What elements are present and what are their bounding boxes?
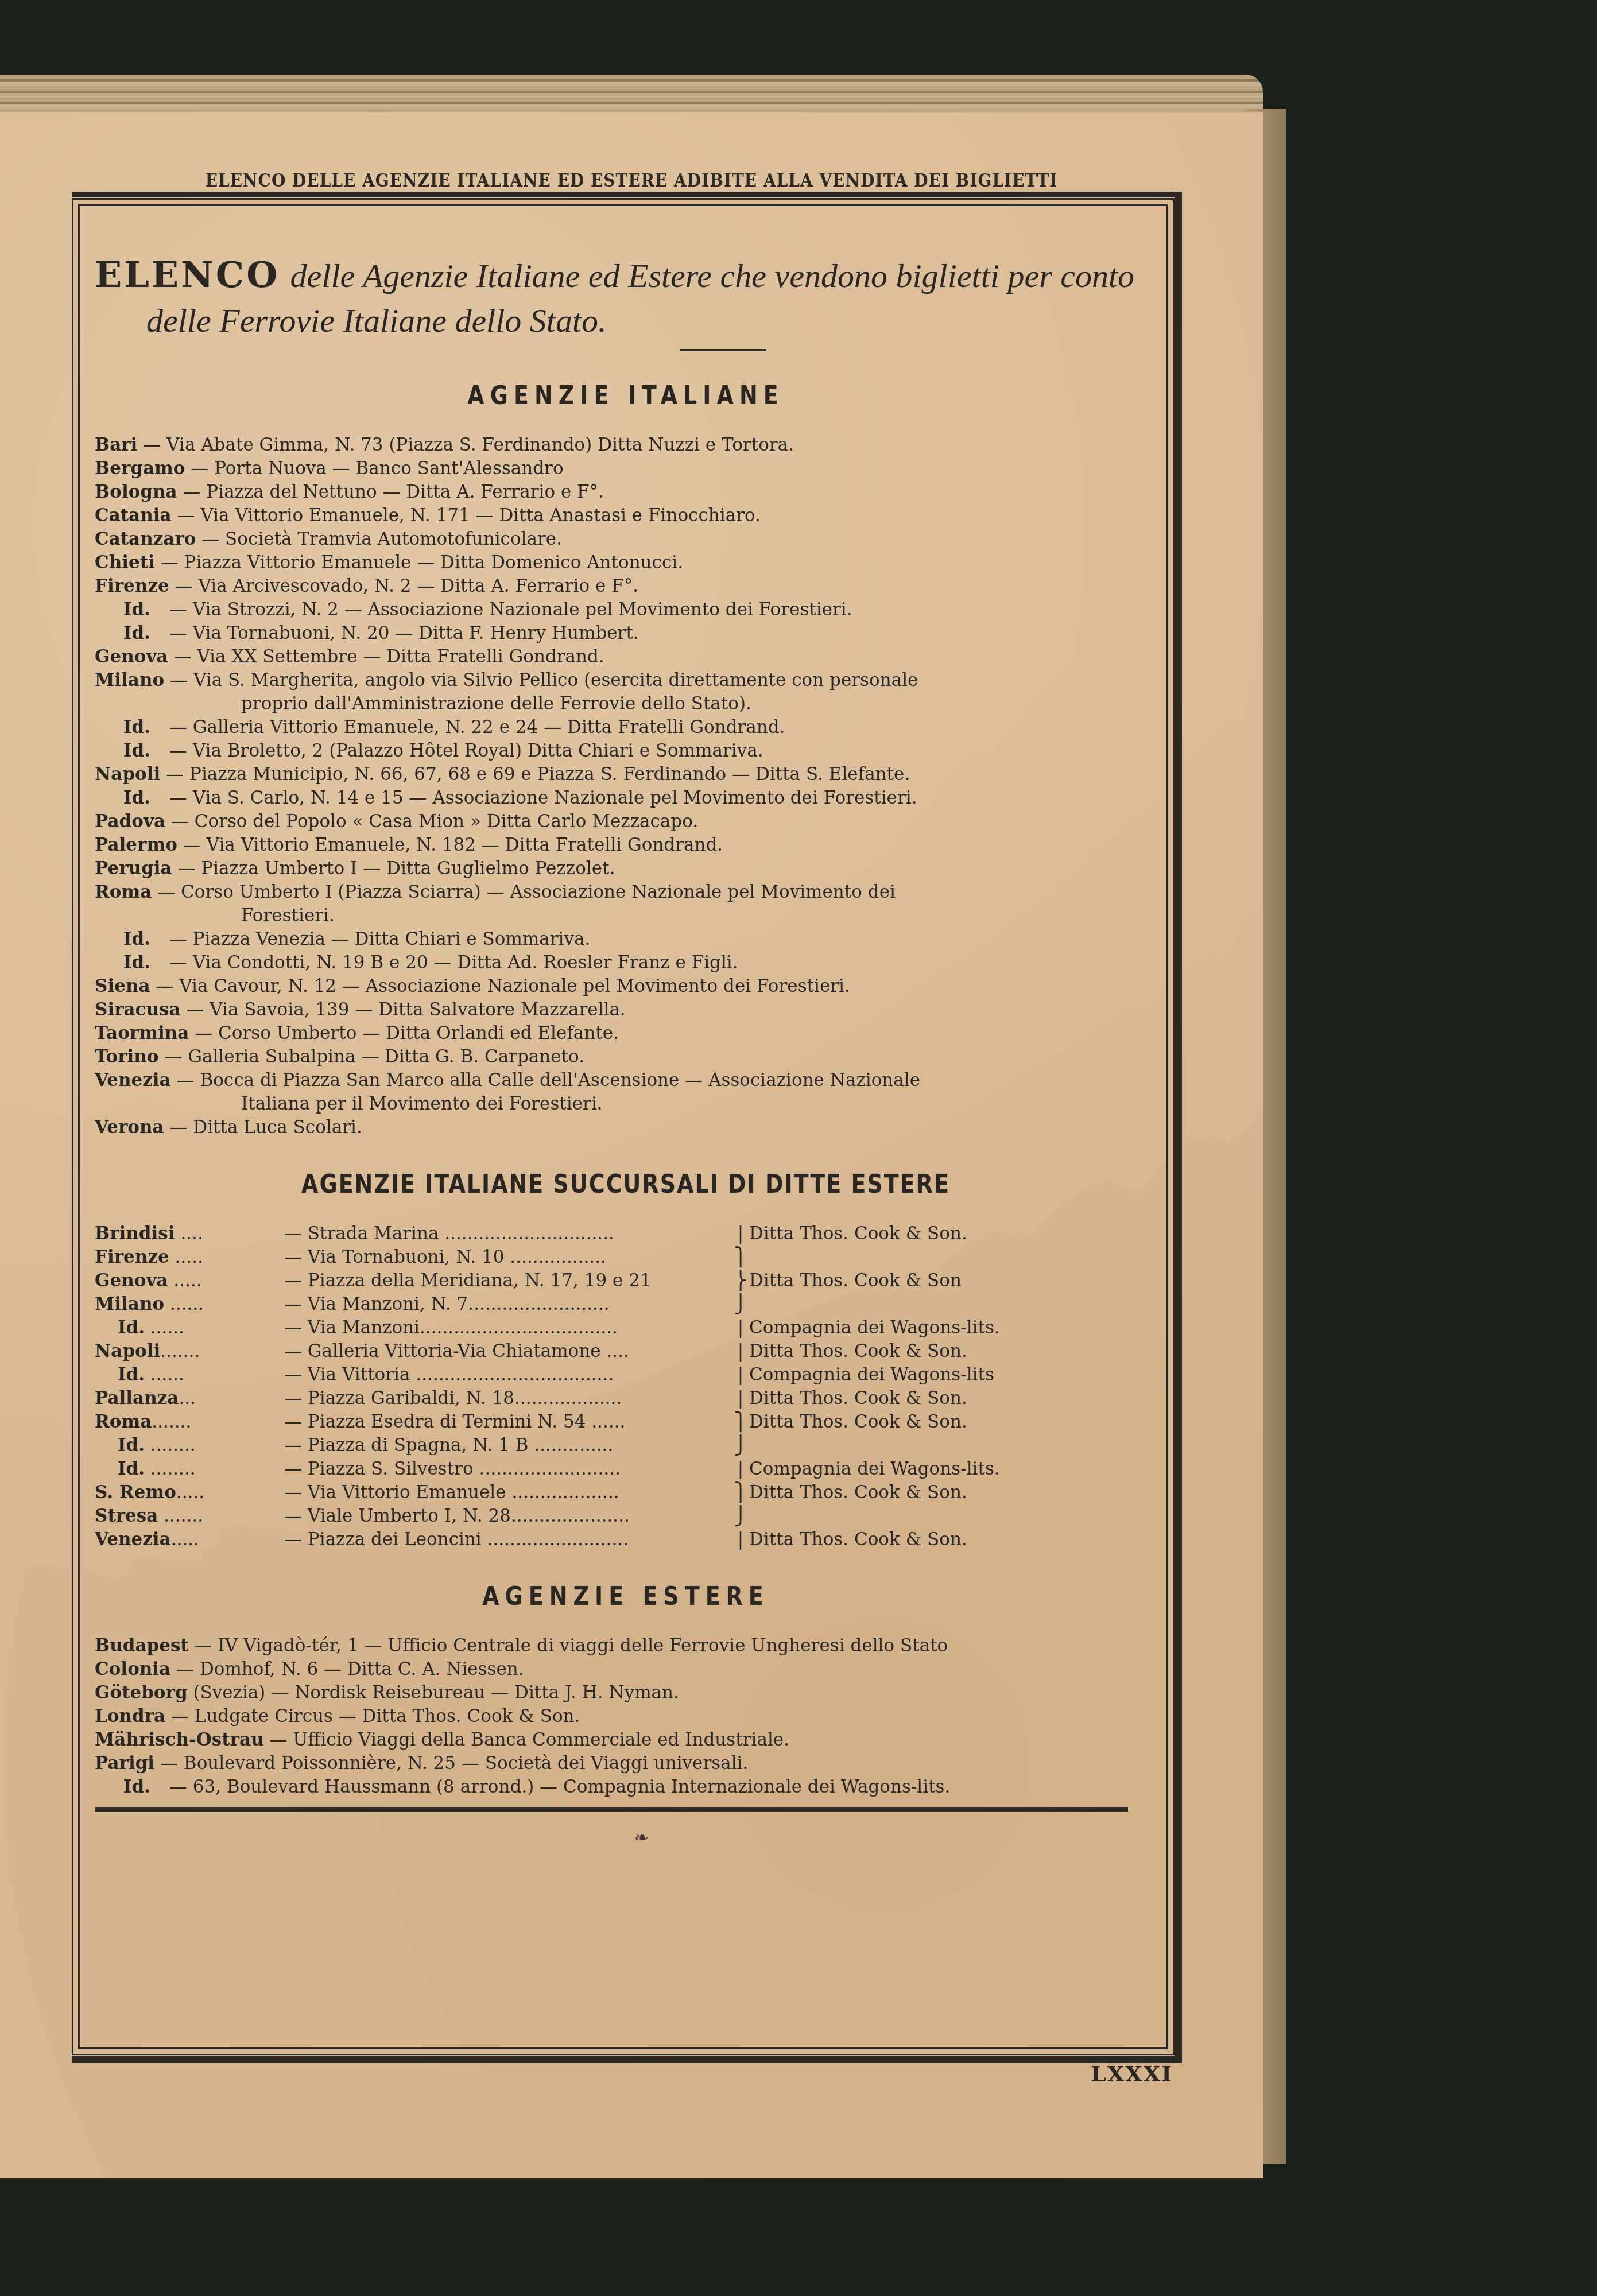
entry-text: — Corso Umberto I (Piazza Sciarra) — Ass…	[157, 882, 896, 902]
succ-address: — Galleria Vittoria-Via Chiatamone ....	[284, 1340, 732, 1363]
brace-separator: ⎬	[732, 1269, 749, 1293]
entry-text: — Ditta Luca Scolari.	[169, 1117, 362, 1138]
entry-text: — Via Condotti, N. 19 B e 20 — Ditta Ad.…	[169, 952, 738, 973]
leader-dots: ........	[145, 1435, 196, 1456]
entry-text: — Piazza Municipio, N. 66, 67, 68 e 69 e…	[166, 764, 910, 785]
leader-dots: .....	[176, 1482, 204, 1503]
succ-address: — Via Tornabuoni, N. 10 ................…	[284, 1246, 732, 1269]
list-item: Bergamo — Porta Nuova — Banco Sant'Aless…	[95, 457, 1157, 480]
list-item: Id. — Via Tornabuoni, N. 20 — Ditta F. H…	[95, 622, 1157, 645]
succ-city: Id. ......	[95, 1363, 284, 1387]
list-item: Palermo — Via Vittorio Emanuele, N. 182 …	[95, 833, 1157, 857]
entry-city: Siena	[95, 976, 150, 996]
succ-city-name: Napoli	[95, 1341, 160, 1362]
leader-dots: .......	[158, 1506, 203, 1526]
entry-city: Catanzaro	[95, 529, 196, 549]
succ-agency: Compagnia dei Wagons-lits	[749, 1363, 1094, 1387]
leader-dots: ......	[164, 1294, 204, 1314]
list-item: Catanzaro — Società Tramvia Automotofuni…	[95, 528, 1157, 551]
entry-text: — Corso Umberto — Ditta Orlandi ed Elefa…	[195, 1023, 619, 1044]
brace-separator: |	[732, 1316, 749, 1340]
entry-text: — Piazza Venezia — Ditta Chiari e Sommar…	[169, 929, 590, 949]
succ-city-name: Roma	[95, 1411, 152, 1432]
leader-dots: .......	[152, 1411, 191, 1432]
list-item: Budapest — IV Vigadò-tér, 1 — Ufficio Ce…	[95, 1634, 1157, 1658]
succ-city: Pallanza...	[95, 1387, 284, 1410]
succ-city: Napoli.......	[95, 1340, 284, 1363]
succ-address: — Piazza Esedra di Termini N. 54 ......	[284, 1410, 732, 1434]
succ-address: — Piazza della Meridiana, N. 17, 19 e 21	[284, 1269, 732, 1293]
succ-agency: Ditta Thos. Cook & Son.	[749, 1481, 1094, 1504]
succ-city-name: S. Remo	[95, 1482, 176, 1503]
succ-city: Id. ........	[95, 1457, 284, 1481]
entry-city: Id.	[95, 928, 164, 951]
leader-dots: .......	[160, 1341, 200, 1362]
brace-separator: |	[732, 1528, 749, 1552]
entry-city: Perugia	[95, 858, 172, 879]
entry-text: — Piazza Umberto I — Ditta Guglielmo Pez…	[177, 858, 615, 879]
entry-city: Chieti	[95, 552, 155, 573]
entry-text: — Boulevard Poissonnière, N. 25 — Societ…	[160, 1753, 748, 1774]
list-item: Id. — Galleria Vittorio Emanuele, N. 22 …	[95, 716, 1157, 739]
list-item: Id. — Via Condotti, N. 19 B e 20 — Ditta…	[95, 951, 1157, 975]
entry-text: — Società Tramvia Automotofunicolare.	[201, 529, 562, 549]
list-item: Bari — Via Abate Gimma, N. 73 (Piazza S.…	[95, 433, 1157, 457]
section-heading-agenzie-estere: AGENZIE ESTERE	[95, 1582, 1157, 1611]
succ-city-name: Brindisi	[95, 1223, 175, 1244]
entry-city: Roma	[95, 882, 152, 902]
list-item: Id. — Via S. Carlo, N. 14 e 15 — Associa…	[95, 786, 1157, 810]
succ-city: Brindisi ....	[95, 1222, 284, 1246]
list-item: Catania — Via Vittorio Emanuele, N. 171 …	[95, 504, 1157, 528]
entry-text: — Via Vittorio Emanuele, N. 182 — Ditta …	[183, 835, 723, 855]
brace-separator: |	[732, 1363, 749, 1387]
entry-city: Taormina	[95, 1023, 189, 1044]
list-item: Id. — Via Strozzi, N. 2 — Associazione N…	[95, 598, 1157, 622]
succ-city-name: Stresa	[95, 1506, 158, 1526]
leader-dots: ........	[145, 1459, 196, 1479]
succ-address: — Via Vittoria .........................…	[284, 1363, 732, 1387]
succ-address: — Via Vittorio Emanuele ................…	[284, 1481, 732, 1504]
entry-continuation: Italiana per il Movimento dei Forestieri…	[95, 1092, 1157, 1116]
list-item: Taormina — Corso Umberto — Ditta Orlandi…	[95, 1022, 1157, 1045]
list-item: Id. — Via Broletto, 2 (Palazzo Hôtel Roy…	[95, 739, 1157, 763]
list-item: Verona — Ditta Luca Scolari.	[95, 1116, 1157, 1139]
leader-dots: ......	[145, 1317, 184, 1338]
succ-address: — Piazza S. Silvestro ..................…	[284, 1457, 732, 1481]
succ-address: — Piazza dei Leoncini ..................…	[284, 1528, 732, 1552]
succ-city: Milano ......	[95, 1293, 284, 1316]
succ-city-name: Venezia	[95, 1529, 171, 1550]
list-agenzie-italiane: Bari — Via Abate Gimma, N. 73 (Piazza S.…	[95, 433, 1157, 1139]
entry-text: — Ufficio Viaggi della Banca Commerciale…	[269, 1729, 789, 1750]
succ-city-name: Pallanza	[95, 1388, 179, 1409]
list-item: Göteborg (Svezia) — Nordisk Reisebureau …	[95, 1681, 1157, 1705]
succ-address: — Piazza di Spagna, N. 1 B .............…	[284, 1434, 732, 1457]
title-line-1: delle Agenzie Italiane ed Estere che ven…	[290, 257, 1135, 294]
succ-city-name: Id.	[118, 1435, 145, 1456]
brace-separator: ⎭	[732, 1293, 749, 1316]
entry-text: — Via Cavour, N. 12 — Associazione Nazio…	[156, 976, 850, 996]
entry-text: — Via XX Settembre — Ditta Fratelli Gond…	[173, 646, 604, 667]
page-content: ELENCO delle Agenzie Italiane ed Estere …	[95, 253, 1157, 1848]
list-item: Colonia — Domhof, N. 6 — Ditta C. A. Nie…	[95, 1658, 1157, 1681]
brace-separator: ⎭	[732, 1504, 749, 1528]
title-rule	[680, 349, 766, 351]
title-lead: ELENCO	[95, 254, 280, 296]
list-item: Padova — Corso del Popolo « Casa Mion » …	[95, 810, 1157, 833]
succ-agency: Ditta Thos. Cook & Son.	[749, 1387, 1094, 1410]
entry-city: Milano	[95, 670, 164, 691]
page-number: LXXXI	[1091, 2061, 1173, 2086]
list-item: Torino — Galleria Subalpina — Ditta G. B…	[95, 1045, 1157, 1069]
succ-agency: Ditta Thos. Cook & Son.	[749, 1528, 1094, 1552]
succ-agency	[749, 1434, 1094, 1457]
entry-text: — Via Broletto, 2 (Palazzo Hôtel Royal) …	[169, 740, 763, 761]
page-title: ELENCO delle Agenzie Italiane ed Estere …	[95, 253, 1157, 343]
entry-text: — Piazza del Nettuno — Ditta A. Ferrario…	[183, 482, 604, 502]
list-item: Id. — Piazza Venezia — Ditta Chiari e So…	[95, 928, 1157, 951]
entry-text: — IV Vigadò-tér, 1 — Ufficio Centrale di…	[195, 1635, 948, 1656]
brace-separator: ⎫	[732, 1481, 749, 1504]
brace-separator: ⎫	[732, 1246, 749, 1269]
entry-city: Parigi	[95, 1753, 154, 1774]
list-item: Milano — Via S. Margherita, angolo via S…	[95, 669, 1157, 716]
entry-city: Firenze	[95, 576, 169, 596]
succ-agency: Ditta Thos. Cook & Son	[749, 1269, 1094, 1293]
list-item: Siena — Via Cavour, N. 12 — Associazione…	[95, 975, 1157, 998]
succ-agency: Compagnia dei Wagons-lits.	[749, 1316, 1094, 1340]
list-item: Londra — Ludgate Circus — Ditta Thos. Co…	[95, 1705, 1157, 1728]
entry-city: Budapest	[95, 1635, 189, 1656]
list-item: Id. — 63, Boulevard Haussmann (8 arrond.…	[95, 1775, 1157, 1799]
succ-city-name: Genova	[95, 1270, 168, 1291]
succ-city-name: Id.	[118, 1459, 145, 1479]
leader-dots: ...	[179, 1388, 196, 1409]
list-item: Parigi — Boulevard Poissonnière, N. 25 —…	[95, 1752, 1157, 1775]
succ-agency	[749, 1504, 1094, 1528]
succ-agency	[749, 1246, 1094, 1269]
entry-continuation: Forestieri.	[95, 904, 1157, 928]
entry-city: Bologna	[95, 482, 177, 502]
entry-city: Id.	[95, 598, 164, 622]
succ-city: Venezia.....	[95, 1528, 284, 1552]
entry-city: Genova	[95, 646, 168, 667]
succ-agency: Ditta Thos. Cook & Son.	[749, 1222, 1094, 1246]
title-line-2: delle Ferrovie Italiane dello Stato.	[95, 298, 1157, 343]
succ-address: — Via Manzoni, N. 7.....................…	[284, 1293, 732, 1316]
entry-city: Colonia	[95, 1659, 170, 1680]
brace-separator: ⎭	[732, 1434, 749, 1457]
succ-city-name: Firenze	[95, 1247, 169, 1267]
succ-agency: Compagnia dei Wagons-lits.	[749, 1457, 1094, 1481]
entry-city: Napoli	[95, 764, 160, 785]
brace-separator: ⎫	[732, 1410, 749, 1434]
succ-agency: Ditta Thos. Cook & Son.	[749, 1340, 1094, 1363]
entry-city: Mährisch-Ostrau	[95, 1729, 264, 1750]
succ-city-name: Id.	[118, 1364, 145, 1385]
list-item: Napoli — Piazza Municipio, N. 66, 67, 68…	[95, 763, 1157, 786]
entry-text: (Svezia) — Nordisk Reisebureau — Ditta J…	[193, 1682, 679, 1703]
succ-city: Firenze .....	[95, 1246, 284, 1269]
succ-city: Id. ........	[95, 1434, 284, 1457]
running-head: ELENCO DELLE AGENZIE ITALIANE ED ESTERE …	[138, 170, 1125, 191]
entry-text: — Corso del Popolo « Casa Mion » Ditta C…	[171, 811, 698, 832]
succ-city: Id. ......	[95, 1316, 284, 1340]
brace-separator: |	[732, 1457, 749, 1481]
leader-dots: .....	[171, 1529, 199, 1550]
entry-text: — Domhof, N. 6 — Ditta C. A. Niessen.	[176, 1659, 524, 1680]
leader-dots: ....	[175, 1223, 203, 1244]
succ-address: — Viale Umberto I, N. 28................…	[284, 1504, 732, 1528]
succ-agency: Ditta Thos. Cook & Son.	[749, 1410, 1094, 1434]
entry-city: Palermo	[95, 835, 177, 855]
list-item: Perugia — Piazza Umberto I — Ditta Gugli…	[95, 857, 1157, 881]
entry-city: Padova	[95, 811, 165, 832]
entry-text: — Galleria Vittorio Emanuele, N. 22 e 24…	[169, 717, 785, 738]
entry-city: Id.	[95, 951, 164, 975]
entry-text: — Galleria Subalpina — Ditta G. B. Carpa…	[164, 1046, 584, 1067]
entry-city: Verona	[95, 1117, 164, 1138]
succ-city-name: Milano	[95, 1294, 164, 1314]
entry-text: — Ludgate Circus — Ditta Thos. Cook & So…	[171, 1706, 580, 1727]
list-item: Firenze — Via Arcivescovado, N. 2 — Ditt…	[95, 575, 1157, 598]
entry-continuation: proprio dall'Amministrazione delle Ferro…	[95, 692, 1157, 716]
ornament-icon: ❧	[634, 1828, 1157, 1848]
entry-city: Id.	[95, 1775, 164, 1799]
entry-text: — Via S. Margherita, angolo via Silvio P…	[170, 670, 918, 691]
succ-city: Genova .....	[95, 1269, 284, 1293]
entry-text: — Via Savoia, 139 — Ditta Salvatore Mazz…	[186, 999, 625, 1020]
entry-text: — Via Vittorio Emanuele, N. 171 — Ditta …	[177, 505, 761, 526]
succ-address: — Strada Marina ........................…	[284, 1222, 732, 1246]
leader-dots: .....	[169, 1247, 203, 1267]
leader-dots: ......	[145, 1364, 184, 1385]
succ-address: — Via Manzoni...........................…	[284, 1316, 732, 1340]
entry-city: Venezia	[95, 1070, 171, 1091]
succ-city: S. Remo.....	[95, 1481, 284, 1504]
entry-text: — Porta Nuova — Banco Sant'Alessandro	[191, 458, 563, 479]
entry-text: — 63, Boulevard Haussmann (8 arrond.) — …	[169, 1777, 951, 1797]
entry-city: Bari	[95, 435, 137, 455]
list-item: Roma — Corso Umberto I (Piazza Sciarra) …	[95, 881, 1157, 928]
entry-city: Bergamo	[95, 458, 185, 479]
entry-text: — Bocca di Piazza San Marco alla Calle d…	[177, 1070, 921, 1091]
entry-text: — Piazza Vittorio Emanuele — Ditta Domen…	[161, 552, 683, 573]
entry-city: Id.	[95, 716, 164, 739]
list-item: Venezia — Bocca di Piazza San Marco alla…	[95, 1069, 1157, 1116]
bottom-rule	[95, 1807, 1128, 1812]
brace-separator: |	[732, 1340, 749, 1363]
succ-city: Stresa .......	[95, 1504, 284, 1528]
succ-agency	[749, 1293, 1094, 1316]
entry-city: Siracusa	[95, 999, 181, 1020]
leader-dots: .....	[168, 1270, 202, 1291]
entry-city: Id.	[95, 786, 164, 810]
section-heading-succursali: AGENZIE ITALIANE SUCCURSALI DI DITTE EST…	[95, 1170, 1157, 1199]
entry-text: — Via Tornabuoni, N. 20 — Ditta F. Henry…	[169, 623, 639, 643]
succ-address: — Piazza Garibaldi, N. 18...............…	[284, 1387, 732, 1410]
brace-separator: |	[732, 1222, 749, 1246]
entry-text: — Via S. Carlo, N. 14 e 15 — Associazion…	[169, 788, 917, 808]
entry-text: — Via Abate Gimma, N. 73 (Piazza S. Ferd…	[143, 435, 794, 455]
list-item: Bologna — Piazza del Nettuno — Ditta A. …	[95, 480, 1157, 504]
entry-city: Id.	[95, 622, 164, 645]
entry-city: Göteborg	[95, 1682, 188, 1703]
frame-shadow-rule	[1175, 192, 1182, 2063]
list-item: Chieti — Piazza Vittorio Emanuele — Ditt…	[95, 551, 1157, 575]
list-item: Genova — Via XX Settembre — Ditta Fratel…	[95, 645, 1157, 669]
entry-text: — Via Arcivescovado, N. 2 — Ditta A. Fer…	[175, 576, 638, 596]
section-heading-agenzie-italiane: AGENZIE ITALIANE	[95, 381, 1157, 410]
list-agenzie-estere: Budapest — IV Vigadò-tér, 1 — Ufficio Ce…	[95, 1634, 1157, 1799]
entry-city: Londra	[95, 1706, 165, 1727]
list-item: Mährisch-Ostrau — Ufficio Viaggi della B…	[95, 1728, 1157, 1752]
table-succursali: Brindisi ....— Strada Marina ...........…	[95, 1222, 1157, 1552]
list-item: Siracusa — Via Savoia, 139 — Ditta Salva…	[95, 998, 1157, 1022]
entry-city: Id.	[95, 739, 164, 763]
succ-city: Roma.......	[95, 1410, 284, 1434]
entry-text: — Via Strozzi, N. 2 — Associazione Nazio…	[169, 599, 852, 620]
succ-city-name: Id.	[118, 1317, 145, 1338]
entry-city: Catania	[95, 505, 172, 526]
brace-separator: |	[732, 1387, 749, 1410]
entry-city: Torino	[95, 1046, 159, 1067]
